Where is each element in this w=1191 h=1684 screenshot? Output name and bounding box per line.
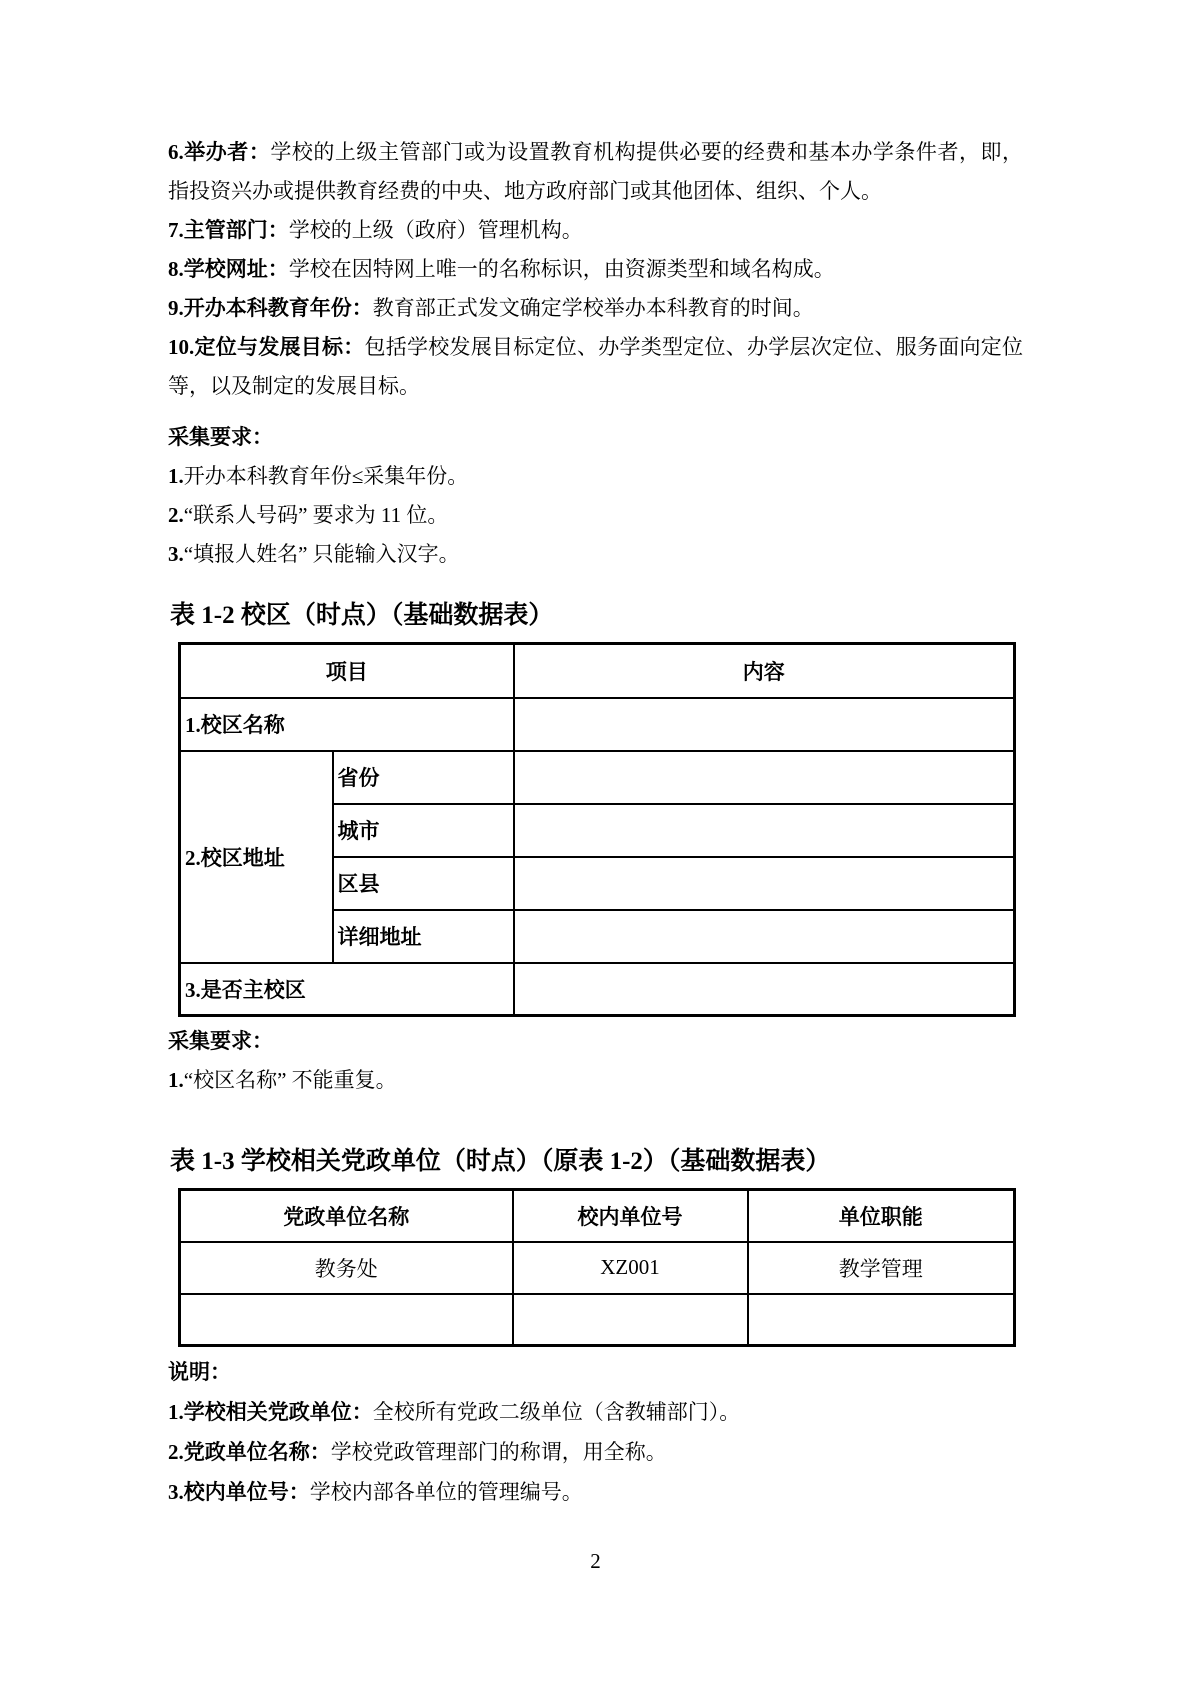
cell-unit-id: XZ001 [513,1242,748,1294]
row-label-main-campus: 3.是否主校区 [180,963,514,1016]
table-header-row: 项目 内容 [180,644,1015,698]
definition-term: 9.开办本科教育年份： [168,296,373,320]
definition-item-8: 8.学校网址：学校在因特网上唯一的名称标识，由资源类型和域名构成。 [168,250,1023,289]
collection-requirements-1: 采集要求： 1.开办本科教育年份≤采集年份。 2.“联系人号码” 要求为 11 … [168,418,1023,574]
header-cell-unit-name: 党政单位名称 [180,1190,513,1242]
table-row: 3.是否主校区 [180,963,1015,1016]
note-text: 学校党政管理部门的称谓，用全称。 [331,1440,667,1464]
definition-term: 10.定位与发展目标： [168,335,365,359]
definition-item-10: 10.定位与发展目标：包括学校发展目标定位、办学类型定位、办学层次定位、服务面向… [168,328,1023,406]
cell-unit-function [748,1294,1015,1346]
empty-content-cell [514,751,1015,804]
requirement-item: 3.“填报人姓名” 只能输入汉字。 [168,535,1023,574]
definition-text: 教育部正式发文确定学校举办本科教育的时间。 [373,296,814,320]
page-number: 2 [168,1546,1023,1576]
definition-item-6: 6.举办者：学校的上级主管部门或为设置教育机构提供必要的经费和基本办学条件者，即… [168,133,1023,211]
note-item: 2.党政单位名称：学校党政管理部门的称谓，用全称。 [168,1432,1023,1472]
item-number: 2. [168,503,184,527]
requirement-item: 1.“校区名称” 不能重复。 [168,1061,1023,1100]
table-row: 教务处 XZ001 教学管理 [180,1242,1015,1294]
sub-label-district: 区县 [333,857,514,910]
notes-heading: 说明： [168,1352,1023,1392]
table-row: 2.校区地址 省份 [180,751,1015,804]
definition-item-7: 7.主管部门：学校的上级（政府）管理机构。 [168,211,1023,250]
definition-text: 学校的上级主管部门或为设置教育机构提供必要的经费和基本办学条件者，即，指投资兴办… [168,140,1023,203]
header-cell-content: 内容 [514,644,1015,698]
table-row: 1.校区名称 [180,698,1015,751]
empty-content-cell [514,857,1015,910]
empty-content-cell [514,963,1015,1016]
row-label-campus-name: 1.校区名称 [180,698,514,751]
document-page: 6.举办者：学校的上级主管部门或为设置教育机构提供必要的经费和基本办学条件者，即… [0,0,1191,1684]
sub-label-province: 省份 [333,751,514,804]
requirements-heading: 采集要求： [168,418,1023,457]
note-term: 2.党政单位名称： [168,1440,331,1464]
definition-text: 学校的上级（政府）管理机构。 [289,218,583,242]
note-term: 1.学校相关党政单位： [168,1400,373,1424]
requirements-heading: 采集要求： [168,1022,1023,1061]
cell-unit-id [513,1294,748,1346]
definition-term: 7.主管部门： [168,218,289,242]
sub-label-city: 城市 [333,804,514,857]
definition-term: 8.学校网址： [168,257,289,281]
empty-content-cell [514,698,1015,751]
header-cell-unit-function: 单位职能 [748,1190,1015,1242]
note-text: 学校内部各单位的管理编号。 [310,1480,583,1504]
collection-requirements-2: 采集要求： 1.“校区名称” 不能重复。 [168,1022,1023,1100]
item-text: “联系人号码” 要求为 11 位。 [184,503,449,527]
definition-term: 6.举办者： [168,140,270,164]
header-cell-unit-id: 校内单位号 [513,1190,748,1242]
item-number: 1. [168,1068,184,1092]
definition-item-9: 9.开办本科教育年份：教育部正式发文确定学校举办本科教育的时间。 [168,289,1023,328]
note-item: 1.学校相关党政单位：全校所有党政二级单位（含教辅部门）。 [168,1392,1023,1432]
item-number: 3. [168,542,184,566]
item-text: 开办本科教育年份≤采集年份。 [184,464,469,488]
cell-unit-name: 教务处 [180,1242,513,1294]
cell-unit-function: 教学管理 [748,1242,1015,1294]
empty-content-cell [514,804,1015,857]
table-campus: 项目 内容 1.校区名称 2.校区地址 省份 城市 区县 详细地址 3.是否主校… [178,642,1016,1017]
notes-section: 说明： 1.学校相关党政单位：全校所有党政二级单位（含教辅部门）。 2.党政单位… [168,1352,1023,1512]
note-text: 全校所有党政二级单位（含教辅部门）。 [373,1400,741,1424]
item-text: “填报人姓名” 只能输入汉字。 [184,542,460,566]
table-1-2-title: 表 1-2 校区（时点）（基础数据表） [170,600,1023,632]
empty-content-cell [514,910,1015,963]
header-cell-item: 项目 [180,644,514,698]
cell-unit-name [180,1294,513,1346]
table-header-row: 党政单位名称 校内单位号 单位职能 [180,1190,1015,1242]
requirement-item: 1.开办本科教育年份≤采集年份。 [168,457,1023,496]
note-term: 3.校内单位号： [168,1480,310,1504]
row-label-campus-address: 2.校区地址 [180,751,333,963]
table-row [180,1294,1015,1346]
requirement-item: 2.“联系人号码” 要求为 11 位。 [168,496,1023,535]
table-party-units: 党政单位名称 校内单位号 单位职能 教务处 XZ001 教学管理 [178,1188,1016,1347]
table-1-3-title: 表 1-3 学校相关党政单位（时点）（原表 1-2）（基础数据表） [170,1146,1023,1178]
note-item: 3.校内单位号：学校内部各单位的管理编号。 [168,1472,1023,1512]
item-text: “校区名称” 不能重复。 [184,1068,397,1092]
definitions-section: 6.举办者：学校的上级主管部门或为设置教育机构提供必要的经费和基本办学条件者，即… [168,133,1023,406]
item-number: 1. [168,464,184,488]
definition-text: 学校在因特网上唯一的名称标识，由资源类型和域名构成。 [289,257,835,281]
sub-label-detail-address: 详细地址 [333,910,514,963]
